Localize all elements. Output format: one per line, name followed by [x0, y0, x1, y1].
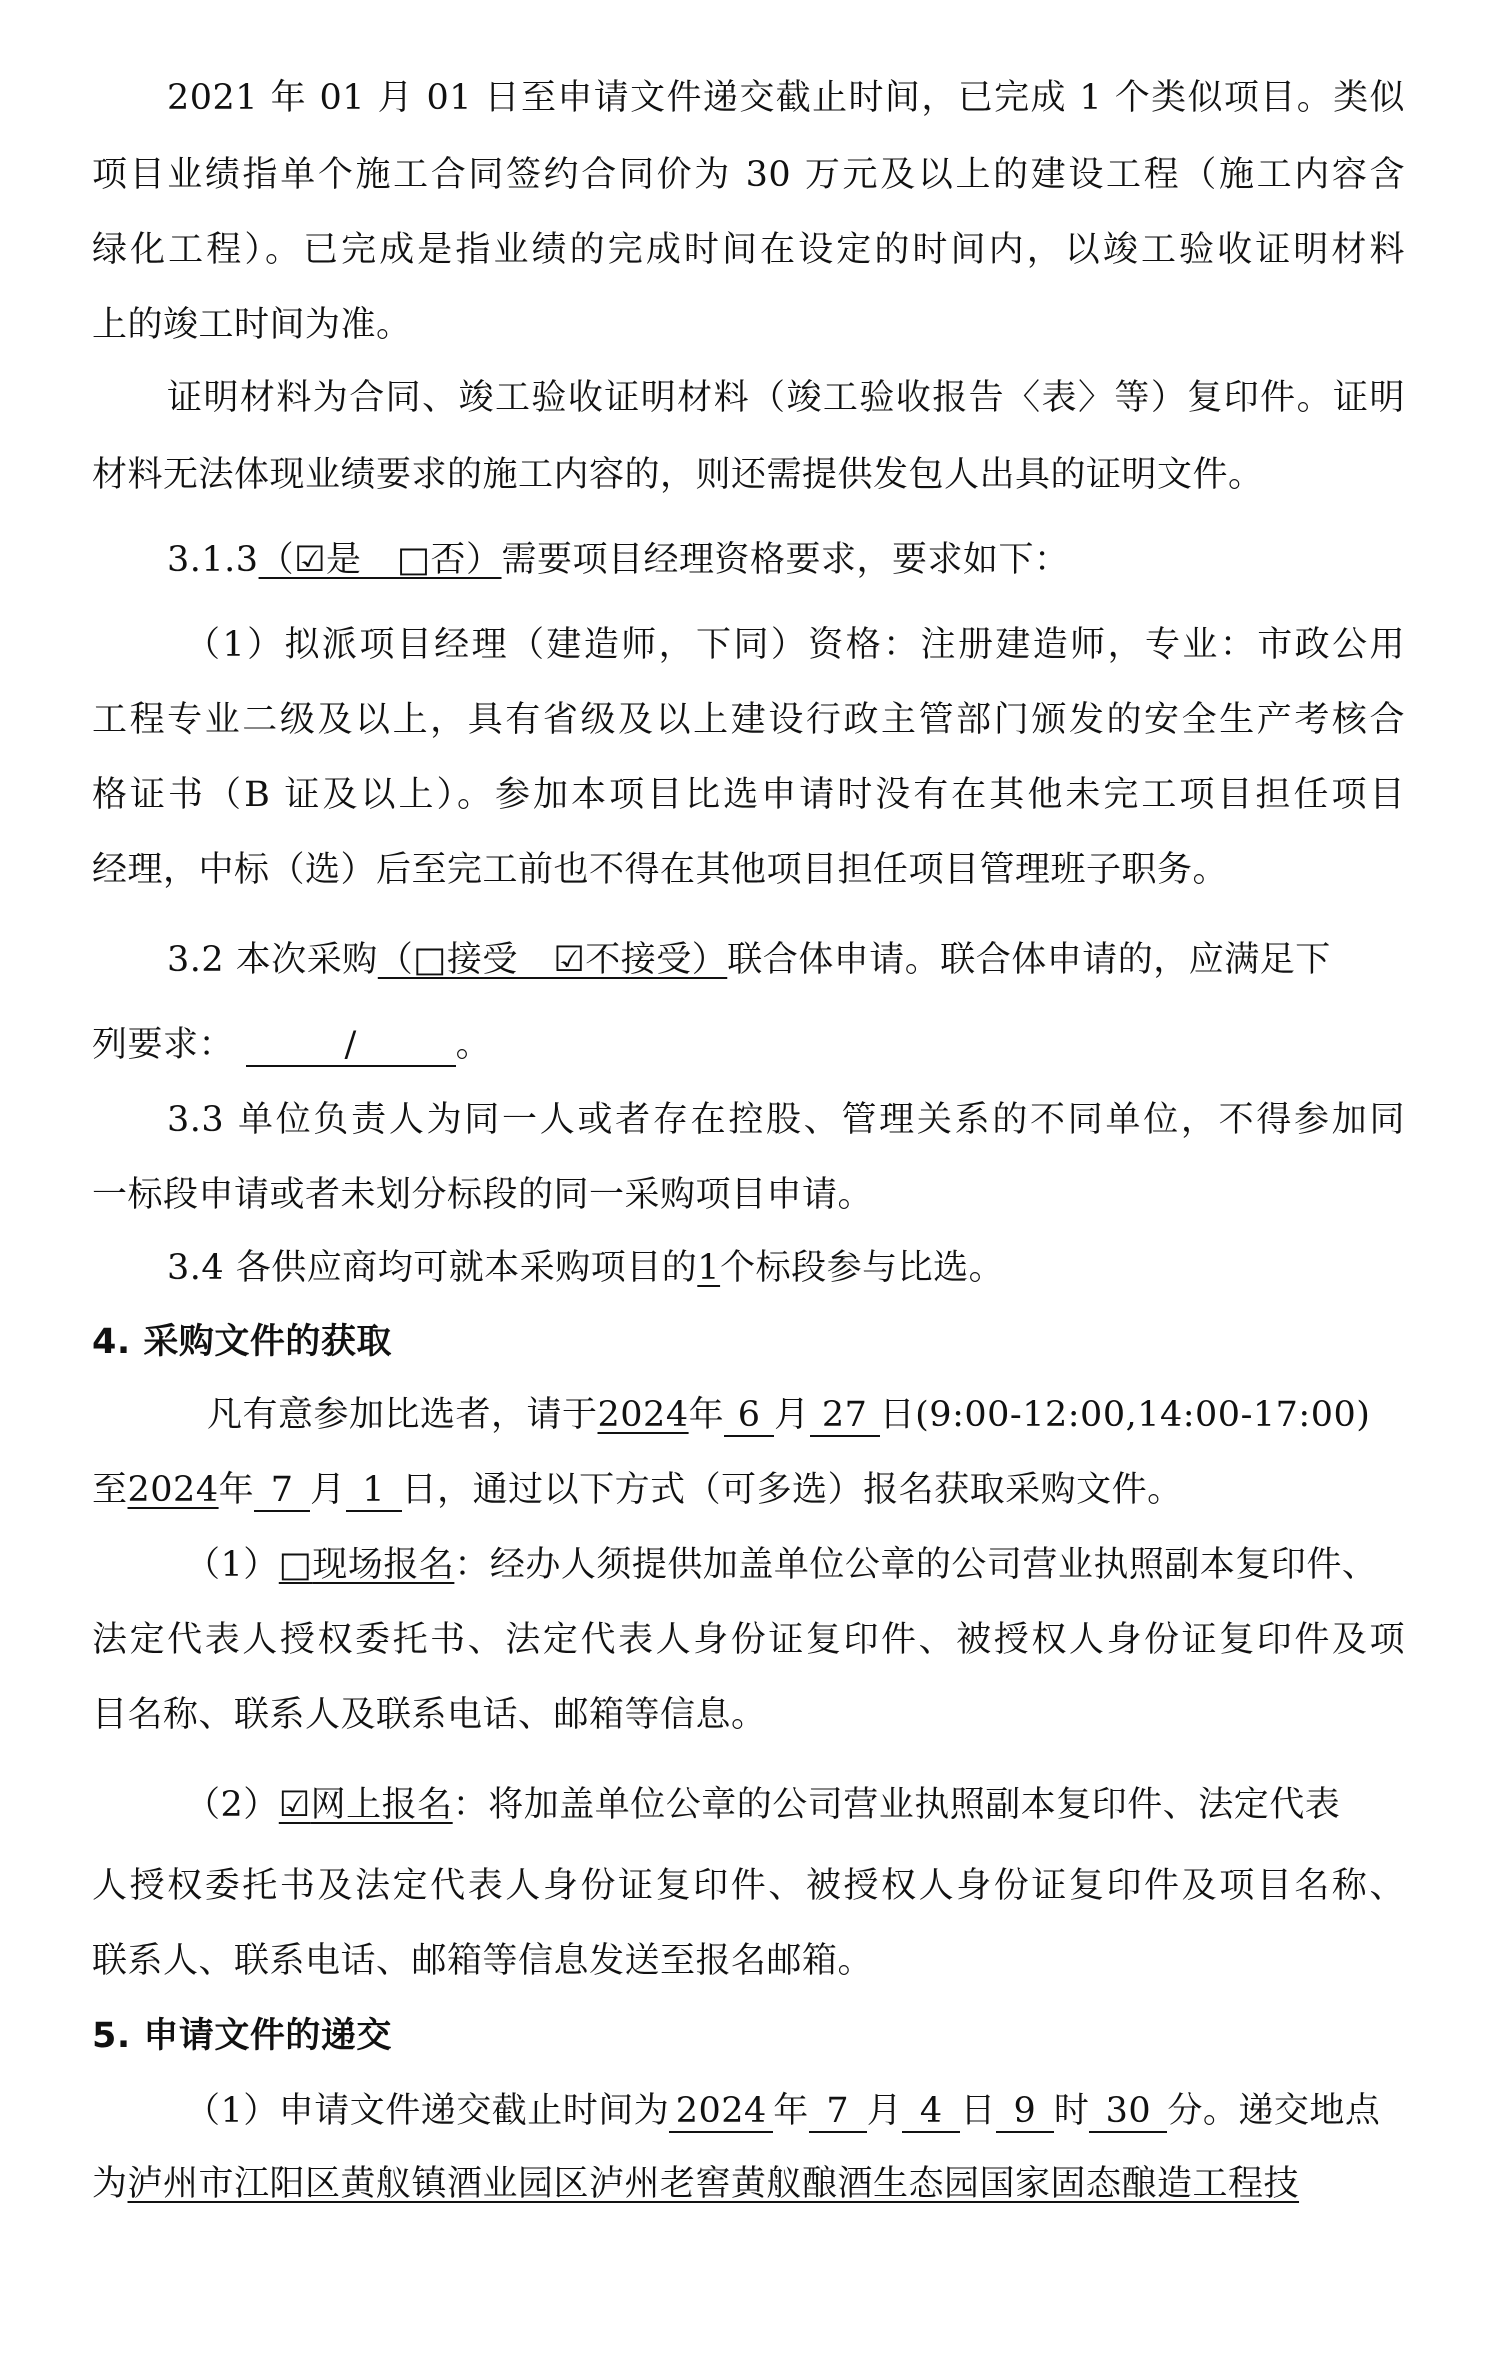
onsite-registration-line-2: 法定代表人授权委托书、法定代表人身份证复印件、被授权人身份证复印件及项: [92, 1615, 1405, 1665]
deadline-hour[interactable]: 9: [996, 2091, 1054, 2133]
month-label: 月: [310, 1470, 346, 1510]
section-4-intro-line-2: 至2024年7月1日，通过以下方式（可多选）报名获取采购文件。: [92, 1465, 1405, 1515]
section-text: 3.2 本次采购: [167, 940, 378, 980]
section-3-2: 3.2 本次采购（□接受 ☑不接受）联合体申请。联合体申请的，应满足下: [167, 935, 1405, 985]
section-3-4: 3.4 各供应商均可就本采购项目的1个标段参与比选。: [167, 1243, 1405, 1293]
submission-location-line: 为泸州市江阳区黄舣镇酒业园区泸州老窖黄舣酿酒生态园国家固态酿造工程技: [92, 2159, 1405, 2209]
year-label: 年: [773, 2091, 809, 2131]
section-text: 3.4 各供应商均可就本采购项目的: [167, 1248, 697, 1288]
year-label: 年: [219, 1470, 255, 1510]
section-4-heading: 4. 采购文件的获取: [92, 1317, 1405, 1367]
section-3-2-line-2: 列要求： /。: [92, 1020, 1405, 1070]
item-number: （2）: [185, 1785, 279, 1825]
end-month[interactable]: 7: [254, 1470, 310, 1512]
month-label: 月: [867, 2091, 903, 2131]
submission-address[interactable]: 泸州市江阳区黄舣镇酒业园区泸州老窖黄舣酿酒生态园国家固态酿造工程技: [128, 2164, 1300, 2204]
project-manager-requirement-options[interactable]: （☑是 □否）: [259, 540, 502, 580]
unchecked-box-icon[interactable]: □: [279, 1545, 313, 1585]
onsite-registration-line-3: 目名称、联系人及联系电话、邮箱等信息。: [92, 1690, 1405, 1740]
online-registration-line-1: （2）☑网上报名：将加盖单位公章的公司营业执照副本复印件、法定代表: [185, 1780, 1405, 1830]
section-text: 联合体申请。联合体申请的，应满足下: [727, 940, 1331, 980]
p1-line-1: 2021 年 01 月 01 日至申请文件递交截止时间，已完成 1 个类似项目。…: [167, 73, 1405, 123]
deadline-year[interactable]: 2024: [669, 2091, 773, 2133]
start-month[interactable]: 6: [724, 1395, 774, 1437]
end-day[interactable]: 1: [346, 1470, 402, 1512]
section-4-intro-line-1: 凡有意参加比选者，请于2024年6月27日(9:00-12:00,14:00-1…: [207, 1390, 1405, 1440]
section-number: 3.1.3: [167, 540, 259, 580]
consortium-requirements-blank[interactable]: /: [246, 1025, 456, 1067]
submission-deadline-line: （1）申请文件递交截止时间为2024年7月4日9时30分。递交地点: [185, 2086, 1405, 2136]
month-label: 月: [774, 1395, 810, 1435]
option-label: 现场报名: [312, 1545, 454, 1585]
online-registration-line-2: 人授权委托书及法定代表人身份证复印件、被授权人身份证复印件及项目名称、: [92, 1861, 1405, 1911]
lot-count[interactable]: 1: [697, 1248, 720, 1288]
option-label: 网上报名: [311, 1785, 453, 1825]
p1-line-4: 上的竣工时间为准。: [92, 300, 1405, 350]
section-3-1-3: 3.1.3（☑是 □否）需要项目经理资格要求，要求如下：: [167, 535, 1405, 585]
pm-qual-line-1: （1）拟派项目经理（建造师，下同）资格：注册建造师，专业：市政公用: [185, 620, 1405, 670]
start-year[interactable]: 2024: [598, 1395, 689, 1435]
onsite-registration-option[interactable]: □现场报名: [279, 1545, 455, 1585]
intro-text: 凡有意参加比选者，请于: [207, 1395, 598, 1435]
deadline-minute[interactable]: 30: [1089, 2091, 1167, 2133]
section-3-3-line-1: 3.3 单位负责人为同一人或者存在控股、管理关系的不同单位，不得参加同: [167, 1095, 1405, 1145]
minute-label: 分: [1167, 2091, 1203, 2131]
online-registration-option[interactable]: ☑网上报名: [279, 1785, 453, 1825]
business-hours: (9:00-12:00,14:00-17:00): [915, 1395, 1370, 1435]
p1-line-2: 项目业绩指单个施工合同签约合同价为 30 万元及以上的建设工程（施工内容含: [92, 150, 1405, 200]
day-label: 日: [880, 1395, 916, 1435]
item-text: ：将加盖单位公章的公司营业执照副本复印件、法定代表: [453, 1785, 1341, 1825]
document-page: 2021 年 01 月 01 日至申请文件递交截止时间，已完成 1 个类似项目。…: [0, 0, 1500, 2366]
online-registration-line-3: 联系人、联系电话、邮箱等信息发送至报名邮箱。: [92, 1936, 1405, 1986]
label: 列要求：: [92, 1025, 234, 1065]
deadline-text: 。递交地点: [1203, 2091, 1381, 2131]
checked-box-icon[interactable]: ☑: [279, 1785, 311, 1825]
pm-qual-line-2: 工程专业二级及以上，具有省级及以上建设行政主管部门颁发的安全生产考核合: [92, 695, 1405, 745]
intro-text: 日，通过以下方式（可多选）报名获取采购文件。: [402, 1470, 1183, 1510]
consortium-options[interactable]: （□接受 ☑不接受）: [378, 940, 727, 980]
section-3-3-line-2: 一标段申请或者未划分标段的同一采购项目申请。: [92, 1170, 1405, 1220]
section-text: 个标段参与比选。: [720, 1248, 1004, 1288]
p2-line-1: 证明材料为合同、竣工验收证明材料（竣工验收报告〈表〉等）复印件。证明: [167, 373, 1405, 423]
section-text: 需要项目经理资格要求，要求如下：: [502, 540, 1070, 580]
day-label: 日: [960, 2091, 996, 2131]
item-text: ：经办人须提供加盖单位公章的公司营业执照副本复印件、: [454, 1545, 1377, 1585]
section-5-heading: 5. 申请文件的递交: [92, 2011, 1405, 2061]
period: 。: [456, 1025, 492, 1065]
onsite-registration-line-1: （1）□现场报名：经办人须提供加盖单位公章的公司营业执照副本复印件、: [185, 1540, 1405, 1590]
deadline-day[interactable]: 4: [902, 2091, 960, 2133]
pm-qual-line-4: 经理，中标（选）后至完工前也不得在其他项目担任项目管理班子职务。: [92, 845, 1405, 895]
pm-qual-line-3: 格证书（B 证及以上）。参加本项目比选申请时没有在其他未完工项目担任项目: [92, 770, 1405, 820]
end-year[interactable]: 2024: [128, 1470, 219, 1510]
item-number: （1）: [185, 1545, 279, 1585]
deadline-text: （1）申请文件递交截止时间为: [185, 2091, 669, 2131]
deadline-month[interactable]: 7: [809, 2091, 867, 2133]
hour-label: 时: [1054, 2091, 1090, 2131]
p1-line-3: 绿化工程）。已完成是指业绩的完成时间在设定的时间内，以竣工验收证明材料: [92, 225, 1405, 275]
start-day[interactable]: 27: [810, 1395, 880, 1437]
p2-line-2: 材料无法体现业绩要求的施工内容的，则还需提供发包人出具的证明文件。: [92, 450, 1405, 500]
year-label: 年: [689, 1395, 725, 1435]
to-label: 至: [92, 1470, 128, 1510]
location-prefix: 为: [92, 2164, 128, 2204]
